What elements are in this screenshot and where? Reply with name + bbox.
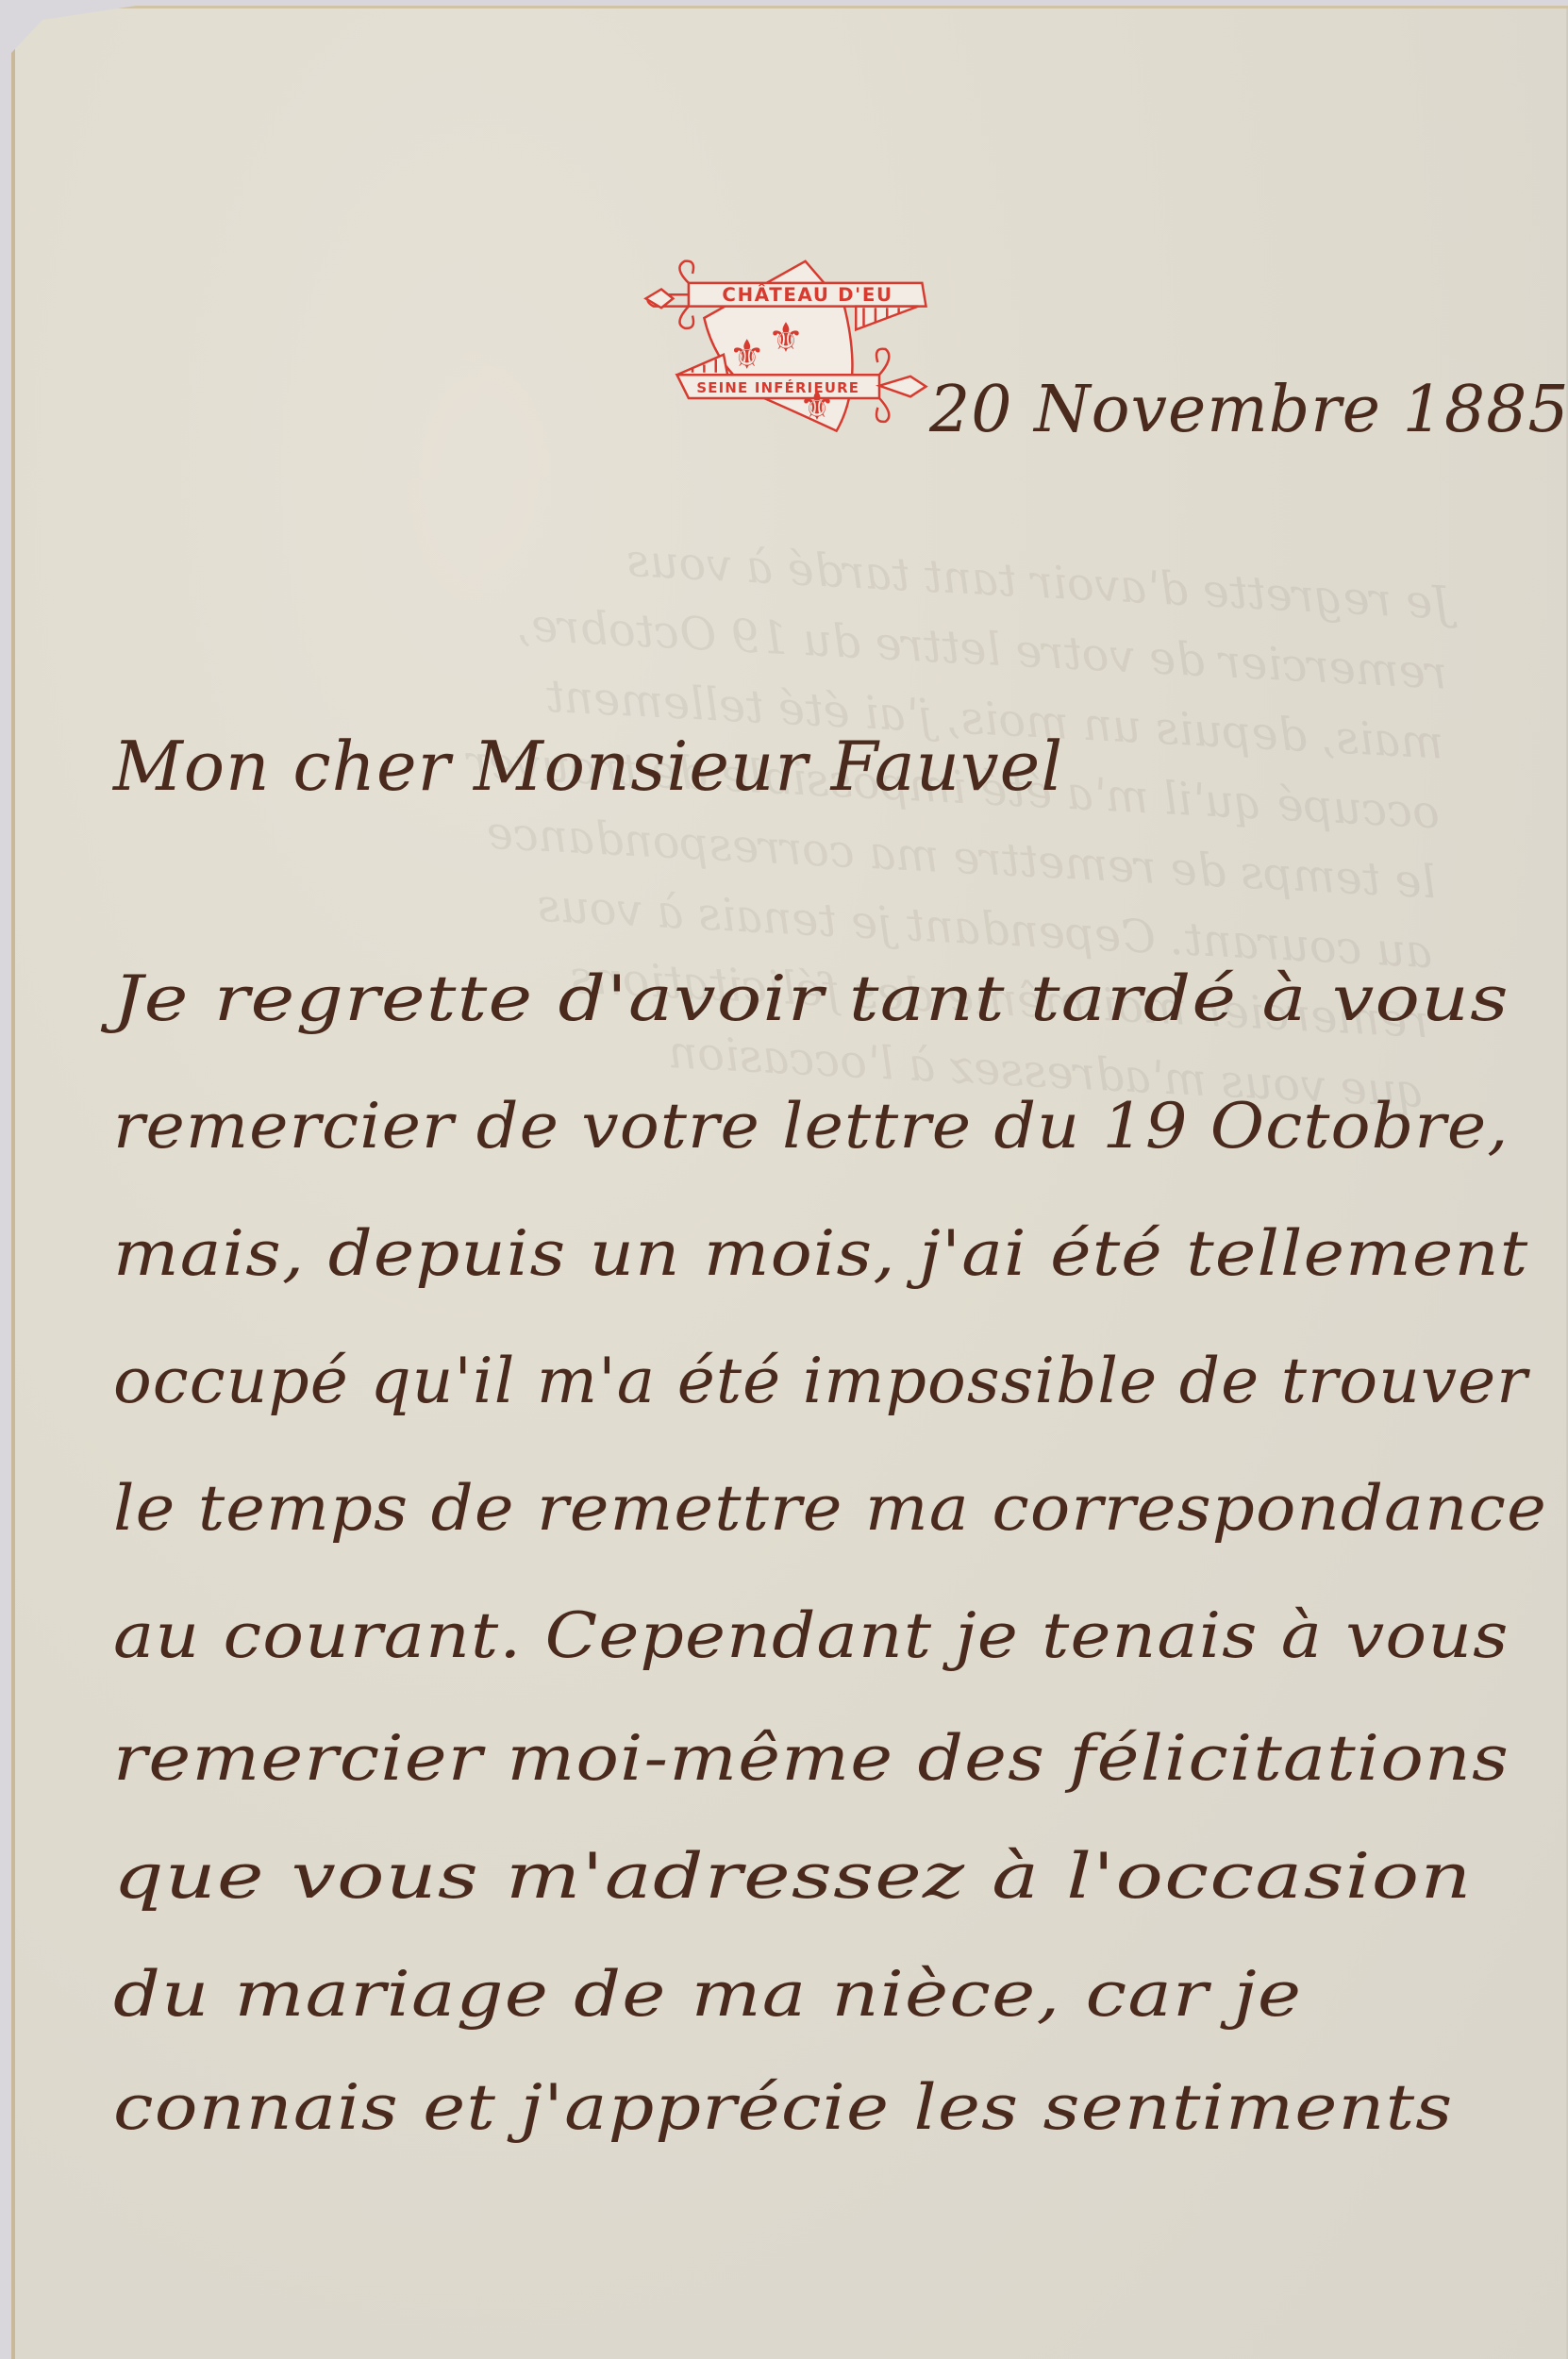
shield-with-fleur-de-lis-icon: ⚜ ⚜ ⚜ CHÂTEAU D'EU SEINE INFÉRIEURE (630, 241, 942, 458)
body-line: que vous m'adressez à l'occasion (113, 1840, 1473, 1913)
body-line: mais, depuis un mois, j'ai été tellement (113, 1217, 1528, 1290)
letterhead-bottom-banner: SEINE INFÉRIEURE (696, 379, 859, 396)
body-line: remercier moi-même des félicitations (113, 1722, 1510, 1795)
svg-text:⚜: ⚜ (768, 314, 804, 361)
chateau-deu-letterhead: ⚜ ⚜ ⚜ CHÂTEAU D'EU SEINE INFÉRIEURE (630, 241, 942, 458)
body-line: au courant. Cependant je tenais à vous (113, 1599, 1509, 1672)
body-line: remercier de votre lettre du 19 Octobre, (113, 1090, 1510, 1163)
body-line: le temps de remettre ma correspondance (113, 1472, 1547, 1545)
body-line: Je regrette d'avoir tant tardé à vous (113, 962, 1510, 1035)
letter-salutation: Mon cher Monsieur Fauvel (113, 727, 1063, 806)
svg-text:⚜: ⚜ (729, 332, 765, 379)
letterhead-top-banner: CHÂTEAU D'EU (722, 284, 892, 306)
letter-date: 20 Novembre 1885 (929, 373, 1568, 447)
body-line: du mariage de ma nièce, car je (113, 1958, 1302, 2031)
body-line: occupé qu'il m'a été impossible de trouv… (113, 1345, 1528, 1417)
body-line: connais et j'apprécie les sentiments (113, 2071, 1453, 2144)
